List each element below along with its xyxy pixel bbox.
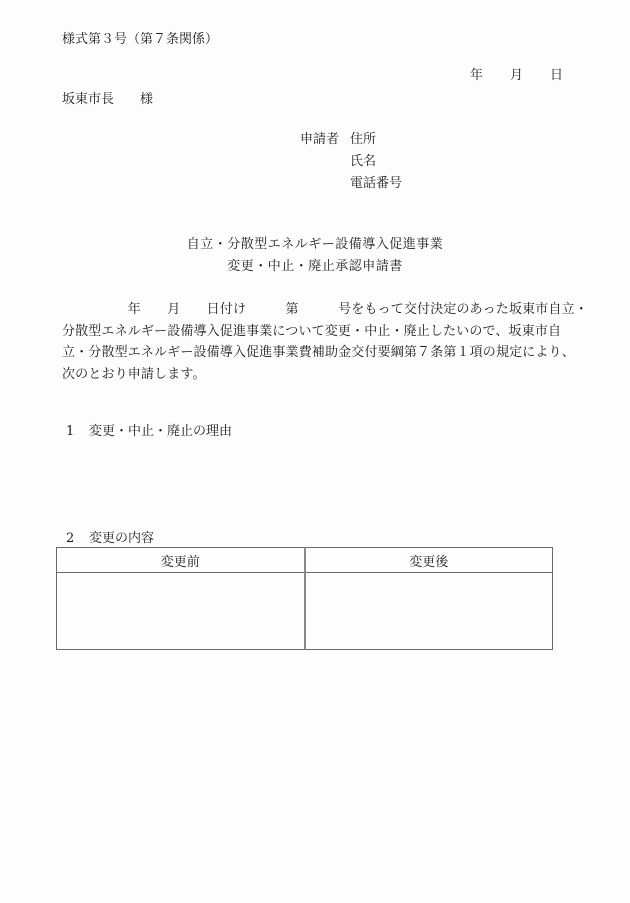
addressee: 坂東市長様 — [62, 92, 153, 108]
change-table: 変更前 変更後 — [56, 547, 553, 650]
date-line: 年月日 — [470, 68, 563, 84]
table-header-row: 変更前 変更後 — [57, 548, 553, 573]
body-line: 次のとおり申請します。 — [62, 364, 562, 386]
body-paragraph: 年 月 日付け 第 号をもって交付決定のあった坂東市自立・ 分散型エネルギー設備… — [62, 299, 562, 385]
cell-after-change[interactable] — [305, 573, 553, 650]
document-title-line2: 変更・中止・廃止承認申請書 — [0, 259, 630, 275]
section-2-heading: 2変更の内容 — [66, 531, 154, 547]
table-row — [57, 573, 553, 650]
body-line: 分散型エネルギー設備導入促進事業について変更・中止・廃止したいので、坂東市自 — [62, 321, 562, 343]
addressee-name: 坂東市長 — [62, 92, 114, 107]
section-1-heading: 1変更・中止・廃止の理由 — [66, 424, 232, 440]
addressee-honorific: 様 — [140, 92, 153, 107]
form-number: 様式第３号（第７条関係） — [62, 32, 218, 48]
header-before-change: 変更前 — [57, 548, 305, 573]
applicant-label: 申請者 — [300, 132, 350, 154]
body-line: 立・分散型エネルギー設備導入促進事業費補助金交付要綱第７条第１項の規定により、 — [62, 342, 562, 364]
applicant-address-label: 住所 — [350, 132, 376, 154]
section-number: 2 — [66, 531, 89, 547]
applicant-name-label: 氏名 — [350, 154, 376, 176]
cell-before-change[interactable] — [57, 573, 305, 650]
document-title-line1: 自立・分散型エネルギー設備導入促進事業 — [0, 237, 630, 253]
section-number: 1 — [66, 424, 89, 440]
body-line: 年 月 日付け 第 号をもって交付決定のあった坂東市自立・ — [62, 299, 562, 321]
applicant-block: 申請者住所 氏名 電話番号 — [300, 132, 402, 198]
section-title: 変更の内容 — [89, 531, 154, 546]
date-day-label: 日 — [550, 68, 563, 84]
header-after-change: 変更後 — [305, 548, 553, 573]
applicant-phone-label: 電話番号 — [350, 176, 402, 198]
date-year-label: 年 — [470, 68, 510, 84]
date-month-label: 月 — [510, 68, 550, 84]
section-title: 変更・中止・廃止の理由 — [89, 424, 232, 439]
